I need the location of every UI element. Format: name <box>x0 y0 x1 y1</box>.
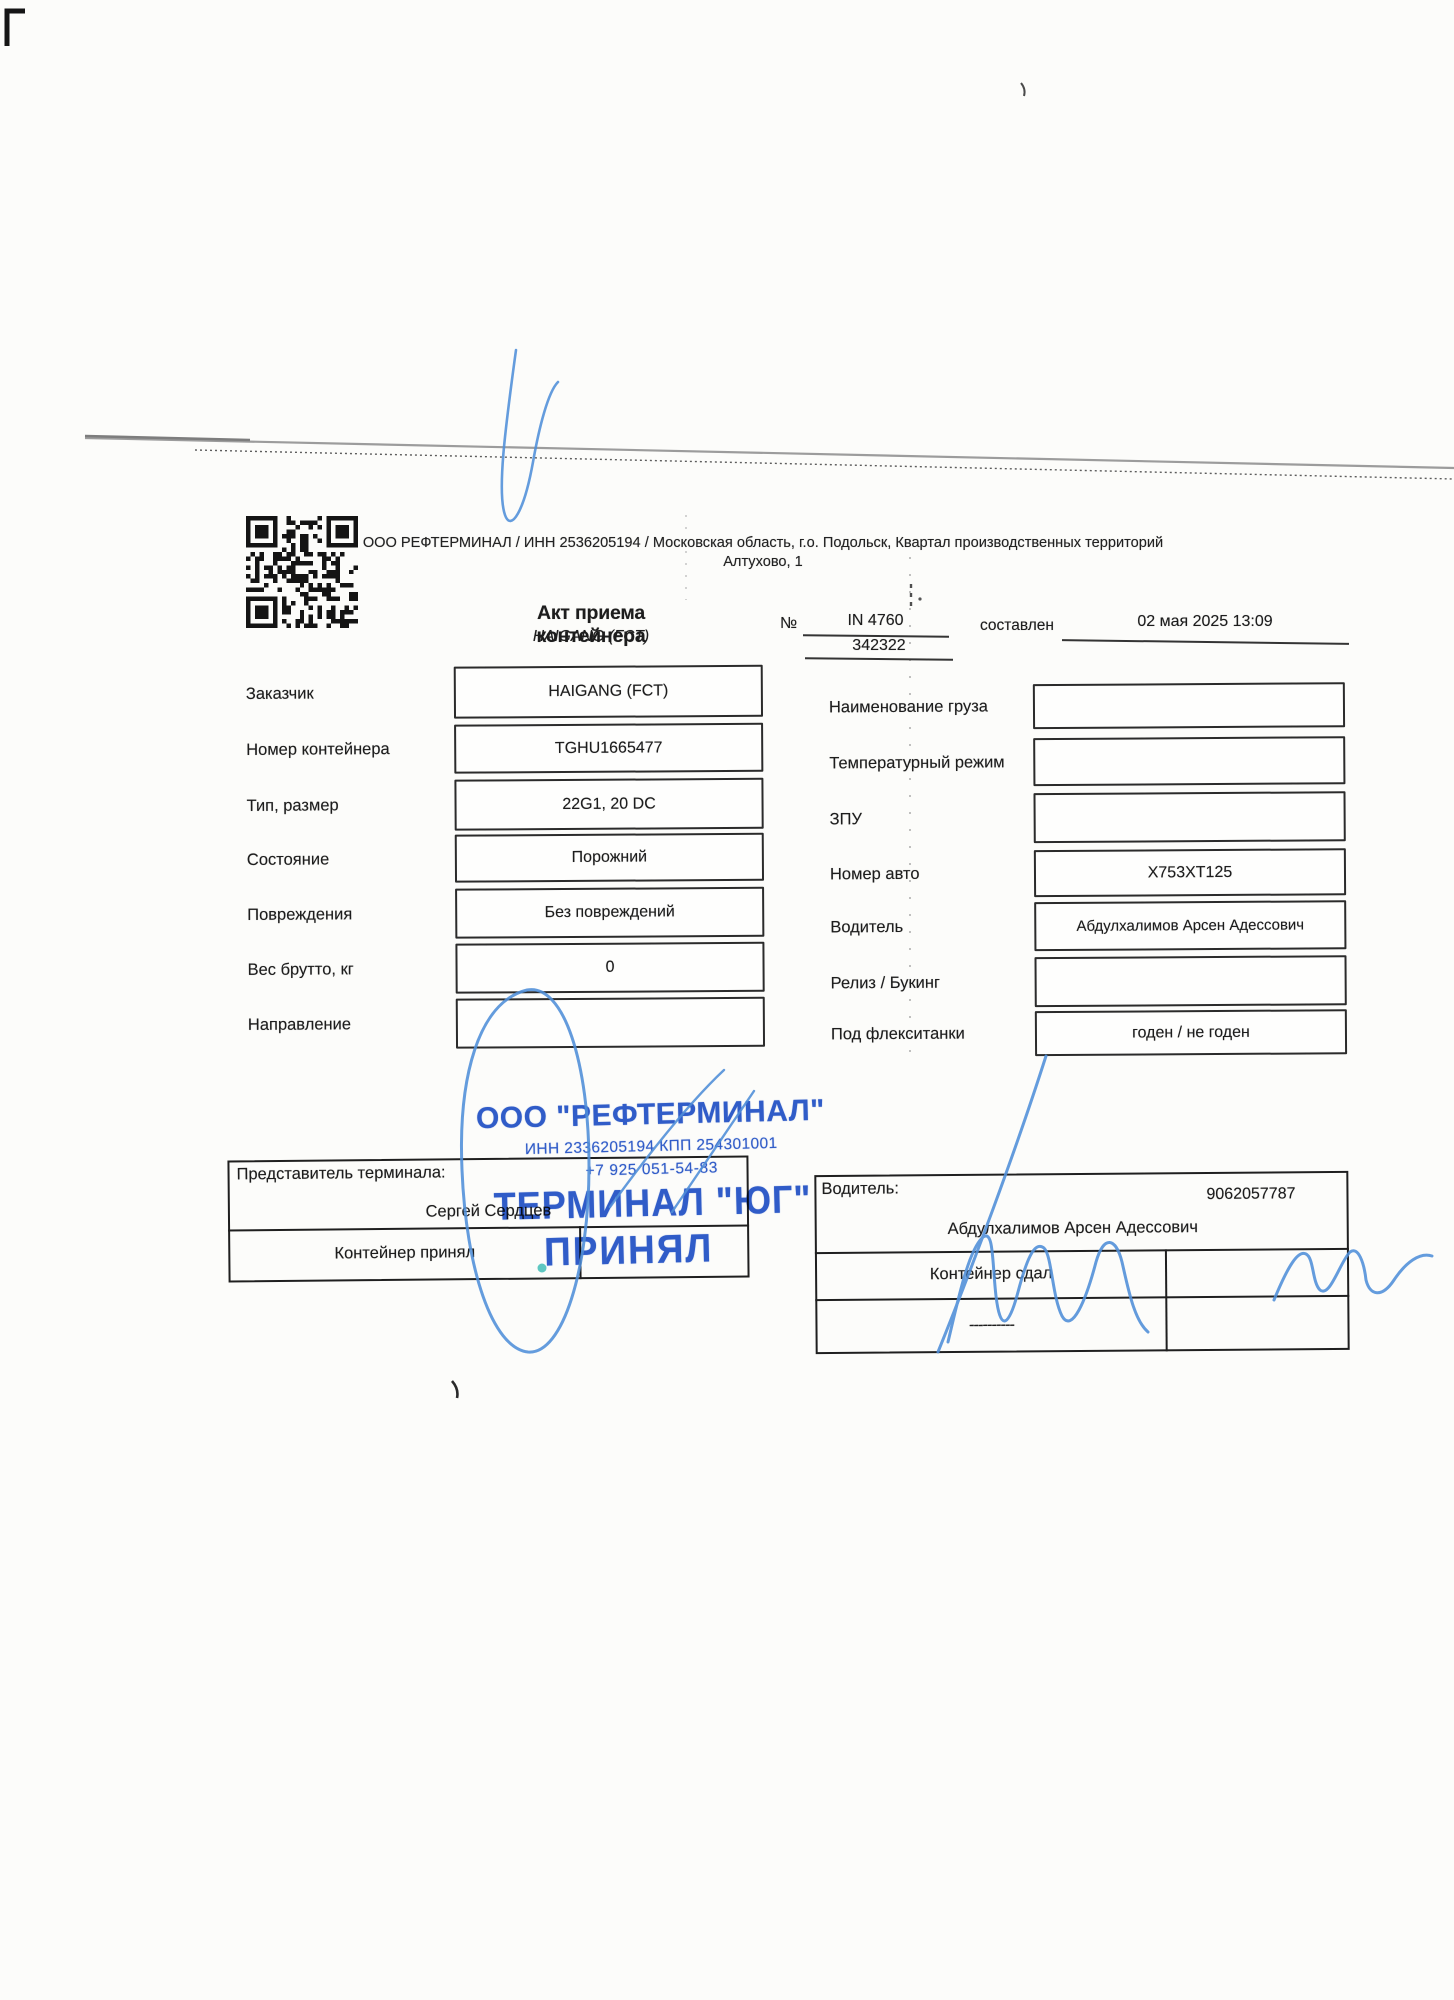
field-label: Температурный режим <box>829 738 1005 787</box>
field-box <box>1033 682 1345 729</box>
table-row-divider-2 <box>815 1295 1349 1301</box>
driver-dashes-placeholder: ---------- <box>817 1314 1165 1336</box>
form-fields: Заказчик HAIGANG (FCT) Номер контейнера … <box>0 0 1454 1104</box>
field-label: Номер авто <box>830 851 920 899</box>
field-box: Абдулхалимов Арсен Адессович <box>1034 900 1346 951</box>
field-label: ЗПУ <box>829 794 862 844</box>
field-value: Абдулхалимов Арсен Адессович <box>1076 916 1304 934</box>
driver-phone: 9062057787 <box>1206 1185 1295 1204</box>
field-row-temperature-mode: Температурный режим <box>1 736 1454 793</box>
field-label: Наименование груза <box>829 684 988 730</box>
table-column-divider <box>1165 1249 1168 1351</box>
field-row-flexitank: Под флекситанки годен / не годен <box>3 1009 1454 1063</box>
field-label: Релиз / Букинг <box>830 958 940 1009</box>
stamp-accepted-word: ПРИНЯЛ <box>431 1223 827 1278</box>
driver-signature-table: Водитель: 9062057787 Абдулхалимов Арсен … <box>814 1171 1349 1354</box>
field-label: Водитель <box>830 903 903 952</box>
field-value: годен / не годен <box>1132 1023 1250 1042</box>
field-row-driver: Водитель Абдулхалимов Арсен Адессович <box>2 900 1454 958</box>
terminal-table-header: Представитель терминала: <box>236 1163 445 1184</box>
driver-name: Абдулхалимов Арсен Адессович <box>817 1217 1329 1240</box>
field-row-release-booking: Релиз / Букинг <box>3 955 1454 1014</box>
driver-action-label: Контейнер сдал <box>817 1263 1165 1285</box>
field-row-seal: ЗПУ <box>2 791 1454 850</box>
scanned-document-page: ООО РЕФТЕРМИНАЛ / ИНН 2536205194 / Моско… <box>0 0 1454 2000</box>
field-value: Х753ХТ125 <box>1148 863 1233 882</box>
terminal-stamp: ООО "РЕФТЕРМИНАЛ" ИНН 2336205194 КПП 254… <box>453 1093 853 1303</box>
field-row-truck-number: Номер авто Х753ХТ125 <box>2 848 1454 904</box>
table-row-divider <box>815 1248 1349 1254</box>
stamp-terminal-name: ТЕРМИНАЛ "ЮГ" <box>455 1175 851 1230</box>
field-label: Под флекситанки <box>831 1012 965 1058</box>
stray-apostrophe-mark <box>452 1381 457 1398</box>
field-box <box>1033 791 1345 843</box>
field-box: годен / не годен <box>1035 1009 1347 1056</box>
field-row-cargo-name: Наименование груза <box>1 682 1454 736</box>
field-box <box>1033 736 1345 786</box>
field-box: Х753ХТ125 <box>1034 848 1346 897</box>
field-box <box>1034 955 1346 1007</box>
